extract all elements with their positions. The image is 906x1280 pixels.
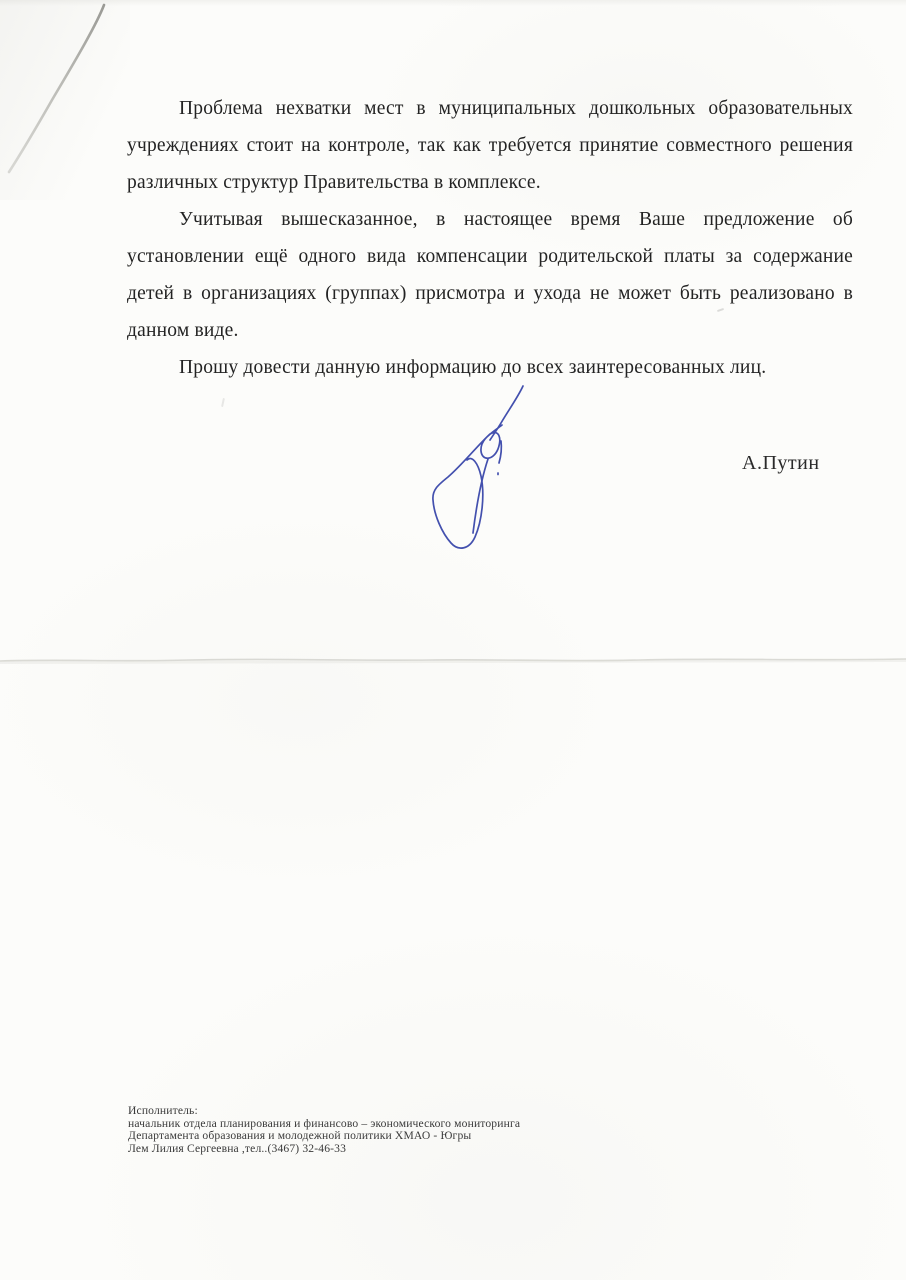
handwritten-signature	[420, 383, 550, 569]
executor-department: Департамента образования и молодежной по…	[128, 1130, 520, 1143]
fold-crease-line	[0, 648, 906, 670]
signee-name: А.Путин	[742, 452, 820, 475]
letter-paragraph-2: Учитывая вышесказанное, в настоящее врем…	[127, 201, 853, 349]
letter-body: Проблема нехватки мест в муниципальных д…	[127, 90, 853, 386]
scan-speck	[221, 398, 225, 407]
executor-contact: Лем Лилия Сергеевна ,тел..(3467) 32-46-3…	[128, 1143, 520, 1156]
page-fold-shading	[0, 0, 130, 200]
executor-footer: Исполнитель: начальник отдела планирован…	[128, 1105, 520, 1155]
scan-scratch-line	[0, 0, 130, 190]
executor-label: Исполнитель:	[128, 1105, 520, 1118]
letter-paragraph-1: Проблема нехватки мест в муниципальных д…	[127, 90, 853, 201]
letter-paragraph-3: Прошу довести данную информацию до всех …	[127, 349, 853, 386]
scanned-letter-page: Проблема нехватки мест в муниципальных д…	[0, 0, 906, 1280]
